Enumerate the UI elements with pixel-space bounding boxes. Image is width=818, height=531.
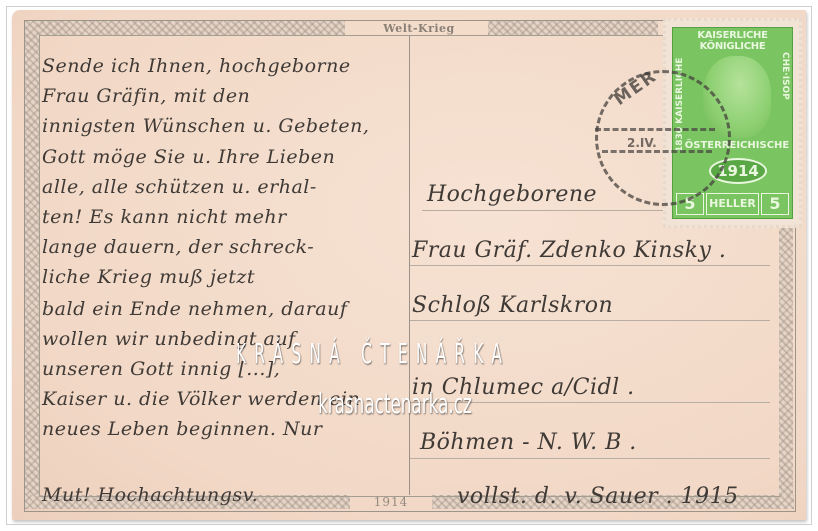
message-line: innigsten Wünschen u. Gebeten, [42,115,369,137]
stamp-top-text: KAISERLICHE KÖNIGLICHE [677,30,788,52]
signature: vollst. d. v. Sauer . 1915 [457,484,739,509]
message-line: Frau Gräfin, mit den [42,85,250,107]
message-line: Gott möge Sie u. Ihre Lieben [42,146,335,168]
message-line: neues Leben beginnen. Nur [42,418,322,440]
address-line: Böhmen - N. W. B . [420,430,637,455]
stamp-right-text: CHE·ISOP [776,52,790,152]
postmark-date: 2.IV. [627,136,657,150]
message-line: ten! Es kann nicht mehr [42,206,287,228]
stamp-denomination: HELLER [706,193,759,215]
message-line: Kaiser u. die Völker werden ein [42,388,360,410]
stamp-value-right: 5 [761,193,789,215]
address-line: Hochgeborene [427,182,597,207]
message-closing: Mut! Hochachtungsv. [42,484,258,506]
border-band-right [779,220,793,509]
message-line: bald ein Ende nehmen, darauf [42,298,347,320]
address-rule-2 [410,265,770,266]
message-line: alle, alle schützen u. erhal- [42,176,317,198]
message-line: liche Krieg muß jetzt [42,266,255,288]
border-band-left [25,21,39,509]
border-band-top-right [488,21,658,35]
header-label: Welt-Krieg [350,21,488,36]
postmark-bar-bottom [602,150,712,157]
border-band-top-left [25,21,345,35]
watermark-title: KRÁSNÁ ČTENÁŘKA [236,337,594,370]
address-rule-5 [410,458,770,459]
message-line: Sende ich Ihnen, hochgeborne [42,55,351,77]
postcard: Welt-Krieg 1914 Sende ich Ihnen, hochgeb… [12,10,806,520]
watermark-url: krasnactenarka.cz [318,387,472,420]
address-line: Frau Gräf. Zdenko Kinsky . [412,238,726,263]
footer-year: 1914 [350,495,432,509]
address-line: Schloß Karlskron [412,293,613,318]
address-rule-3 [410,320,770,321]
message-line: lange dauern, der schreck- [42,236,314,258]
postmark-bar-top [595,128,715,135]
